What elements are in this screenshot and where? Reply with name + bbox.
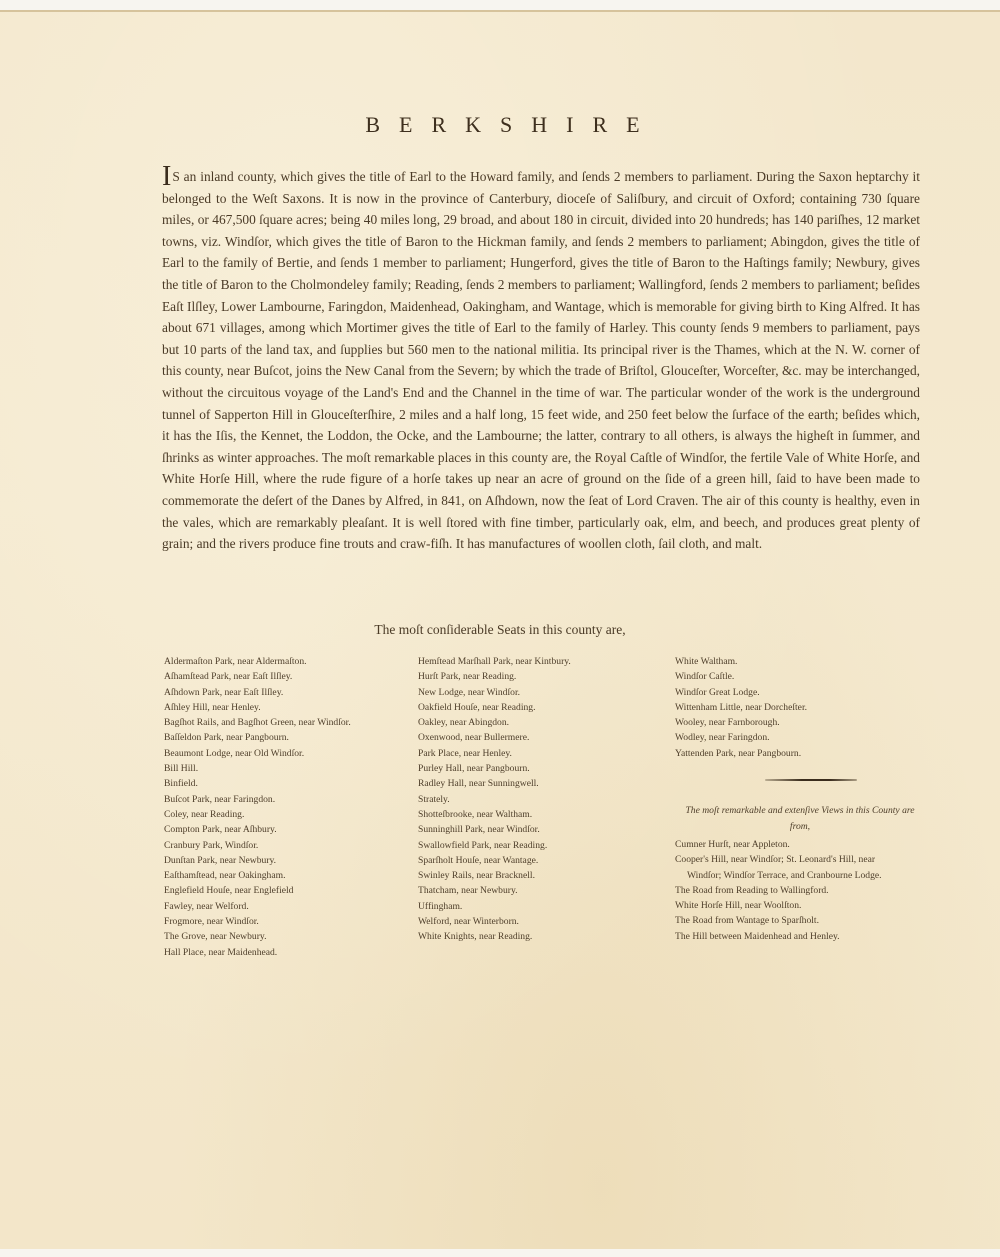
view-item-continued: Windſor; Windſor Terrace, and Cranbourne… [675,868,930,883]
seats-column-1: Aldermaſton Park, near Aldermaſton. Aſha… [164,654,351,960]
seat-item: Buſcot Park, near Faringdon. [164,792,351,807]
view-item: The Road from Reading to Wallingford. [675,883,930,898]
seats-column-2: Hemſtead Marſhall Park, near Kintbury. H… [418,654,571,945]
seat-item: Compton Park, near Aſhbury. [164,822,351,837]
seat-item: Aſhley Hill, near Henley. [164,700,351,715]
seat-item: Frogmore, near Windſor. [164,914,351,929]
seat-item: Oxenwood, near Bullermere. [418,730,571,745]
seat-item: Strately. [418,792,571,807]
seat-item: Sparſholt Houſe, near Wantage. [418,853,571,868]
seat-item: Eaſthamſtead, near Oakingham. [164,868,351,883]
view-item: The Hill between Maidenhead and Henley. [675,929,930,944]
seat-item: Oakley, near Abingdon. [418,715,571,730]
view-item: White Horſe Hill, near Woolſton. [675,898,930,913]
description-text: S an inland county, which gives the titl… [162,169,920,551]
seats-column-3: White Waltham. Windſor Caſtle. Windſor G… [675,654,807,761]
seat-item: Dunſtan Park, near Newbury. [164,853,351,868]
seat-item: Sunninghill Park, near Windſor. [418,822,571,837]
views-heading: The moſt remarkable and extenſive Views … [675,803,925,835]
seat-item: Bill Hill. [164,761,351,776]
document-page: BERKSHIRE IS an inland county, which giv… [0,10,1000,1249]
seat-item: Welford, near Winterborn. [418,914,571,929]
seat-item: Swallowfield Park, near Reading. [418,838,571,853]
seat-item: White Knights, near Reading. [418,929,571,944]
seat-item: Hall Place, near Maidenhead. [164,945,351,960]
seat-item: Uffingham. [418,899,571,914]
seat-item: Bagſhot Rails, and Bagſhot Green, near W… [164,715,351,730]
seat-item: Aldermaſton Park, near Aldermaſton. [164,654,351,669]
seat-item: Fawley, near Welford. [164,899,351,914]
seat-item: Swinley Rails, near Bracknell. [418,868,571,883]
seat-item: Beaumont Lodge, near Old Windſor. [164,746,351,761]
seat-item: Baſſeldon Park, near Pangbourn. [164,730,351,745]
seats-heading: The moſt conſiderable Seats in this coun… [0,622,1000,638]
county-description: IS an inland county, which gives the tit… [162,166,920,555]
views-list: Cumner Hurſt, near Appleton. Cooper's Hi… [675,837,930,944]
seat-item: The Grove, near Newbury. [164,929,351,944]
seat-item: Thatcham, near Newbury. [418,883,571,898]
decorative-rule [765,779,857,781]
seat-item: Windſor Caſtle. [675,669,807,684]
seat-item: Wooley, near Farnborough. [675,715,807,730]
seat-item: Windſor Great Lodge. [675,685,807,700]
seat-item: Wittenham Little, near Dorcheſter. [675,700,807,715]
view-item: Cooper's Hill, near Windſor; St. Leonard… [675,852,930,867]
page-title: BERKSHIRE [0,112,1000,138]
seat-item: Aſhamſtead Park, near Eaſt Ilſley. [164,669,351,684]
seat-item: Shotteſbrooke, near Waltham. [418,807,571,822]
seat-item: Hemſtead Marſhall Park, near Kintbury. [418,654,571,669]
view-item: Cumner Hurſt, near Appleton. [675,837,930,852]
seat-item: Park Place, near Henley. [418,746,571,761]
seat-item: Yattenden Park, near Pangbourn. [675,746,807,761]
seat-item: Oakfield Houſe, near Reading. [418,700,571,715]
seat-item: Hurſt Park, near Reading. [418,669,571,684]
seat-item: Radley Hall, near Sunningwell. [418,776,571,791]
seat-item: Purley Hall, near Pangbourn. [418,761,571,776]
view-item: The Road from Wantage to Sparſholt. [675,913,930,928]
drop-cap: I [162,169,171,185]
seat-item: Cranbury Park, Windſor. [164,838,351,853]
seat-item: White Waltham. [675,654,807,669]
seat-item: New Lodge, near Windſor. [418,685,571,700]
seat-item: Wodley, near Faringdon. [675,730,807,745]
seat-item: Binfield. [164,776,351,791]
seat-item: Englefield Houſe, near Englefield [164,883,351,898]
seat-item: Aſhdown Park, near Eaſt Ilſley. [164,685,351,700]
seat-item: Coley, near Reading. [164,807,351,822]
